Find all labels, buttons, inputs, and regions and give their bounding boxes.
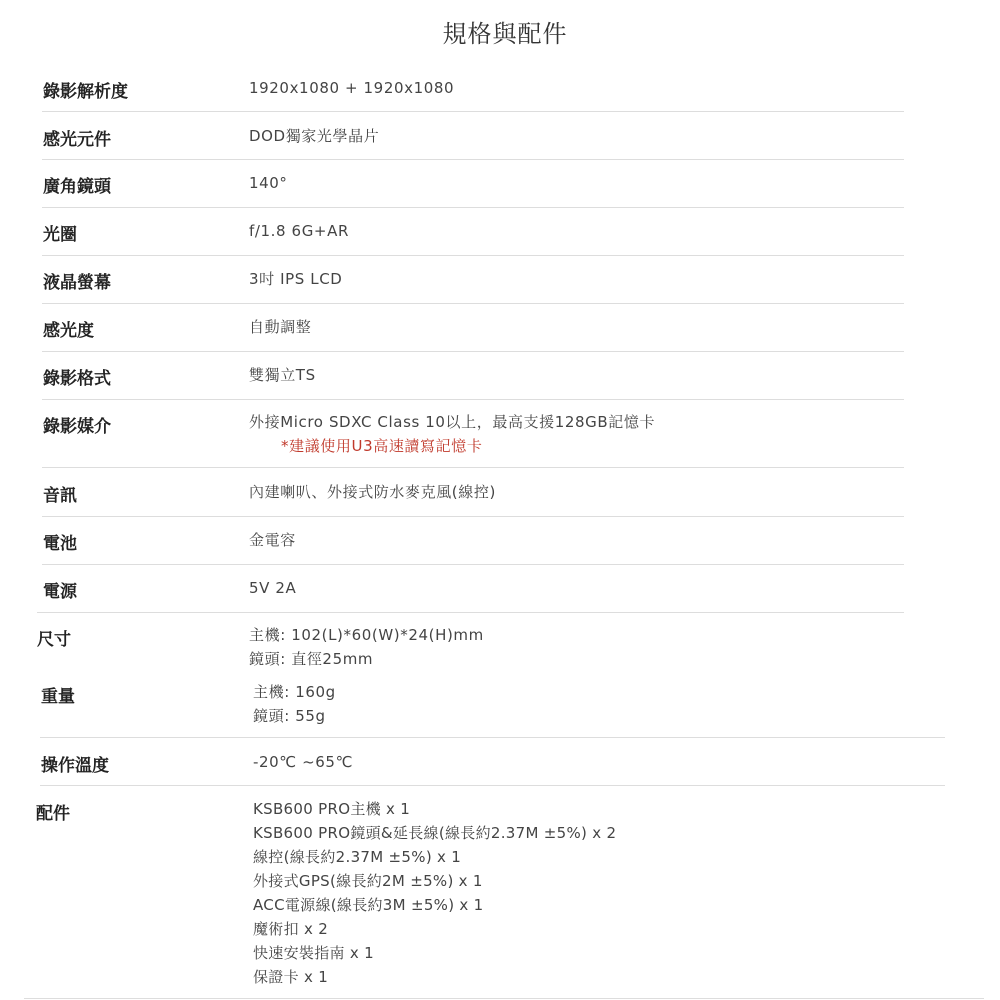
spec-value-media: 外接Micro SDXC Class 10以上，最高支援128GB記憶卡 *建議… xyxy=(249,410,655,458)
spec-value-power: 5V 2A xyxy=(249,576,296,600)
accessory-item: 外接式GPS(線長約2M ±5%) x 1 xyxy=(253,869,616,893)
spec-note-media: *建議使用U3高速讀寫記憶卡 xyxy=(249,434,655,458)
spec-value-audio: 內建喇叭、外接式防水麥克風(線控) xyxy=(249,480,496,504)
spec-value-resolution: 1920x1080 + 1920x1080 xyxy=(249,76,454,100)
spec-label-media: 錄影媒介 xyxy=(43,412,111,437)
accessory-item: 保證卡 x 1 xyxy=(253,965,616,989)
spec-label-temperature: 操作溫度 xyxy=(41,751,109,776)
spec-label-aperture: 光圈 xyxy=(43,220,77,245)
divider xyxy=(37,612,904,613)
spec-value-sensor: DOD獨家光學晶片 xyxy=(249,124,379,148)
divider xyxy=(42,351,904,352)
spec-value-media-text: 外接Micro SDXC Class 10以上，最高支援128GB記憶卡 xyxy=(249,410,655,434)
accessory-item: KSB600 PRO主機 x 1 xyxy=(253,797,616,821)
accessory-item: 快速安裝指南 x 1 xyxy=(253,941,616,965)
accessory-item: ACC電源線(線長約3M ±5%) x 1 xyxy=(253,893,616,917)
spec-label-resolution: 錄影解析度 xyxy=(43,77,128,102)
divider xyxy=(42,303,904,304)
spec-value-accessories: KSB600 PRO主機 x 1 KSB600 PRO鏡頭&延長線(線長約2.3… xyxy=(253,797,616,989)
accessory-item: 線控(線長約2.37M ±5%) x 1 xyxy=(253,845,616,869)
divider xyxy=(40,785,945,786)
spec-value-wide-angle: 140° xyxy=(249,171,288,195)
spec-value-weight-lens: 鏡頭: 55g xyxy=(253,704,336,728)
spec-value-temperature: -20℃ ~65℃ xyxy=(253,750,353,774)
spec-label-lcd: 液晶螢幕 xyxy=(43,268,111,293)
divider xyxy=(24,998,984,999)
page-title: 規格與配件 xyxy=(0,14,1000,49)
spec-value-weight: 主機: 160g 鏡頭: 55g xyxy=(253,680,336,728)
spec-value-aperture: f/1.8 6G+AR xyxy=(249,219,349,243)
spec-value-dimensions-lens: 鏡頭: 直徑25mm xyxy=(249,647,484,671)
spec-label-format: 錄影格式 xyxy=(43,364,111,389)
divider xyxy=(42,111,904,112)
divider xyxy=(42,467,904,468)
spec-value-dimensions-body: 主機: 102(L)*60(W)*24(H)mm xyxy=(249,623,484,647)
divider xyxy=(42,207,904,208)
spec-label-power: 電源 xyxy=(43,577,77,602)
spec-label-battery: 電池 xyxy=(43,529,77,554)
spec-value-dimensions: 主機: 102(L)*60(W)*24(H)mm 鏡頭: 直徑25mm xyxy=(249,623,484,671)
divider xyxy=(42,255,904,256)
spec-label-weight: 重量 xyxy=(41,682,75,707)
accessory-item: 魔術扣 x 2 xyxy=(253,917,616,941)
divider xyxy=(42,516,904,517)
accessory-item: KSB600 PRO鏡頭&延長線(線長約2.37M ±5%) x 2 xyxy=(253,821,616,845)
spec-label-accessories: 配件 xyxy=(36,799,70,824)
divider xyxy=(42,159,904,160)
divider xyxy=(40,737,945,738)
spec-label-iso: 感光度 xyxy=(43,316,94,341)
spec-value-format: 雙獨立TS xyxy=(249,363,316,387)
spec-value-iso: 自動調整 xyxy=(249,315,311,339)
spec-value-weight-body: 主機: 160g xyxy=(253,680,336,704)
divider xyxy=(42,399,904,400)
spec-label-dimensions: 尺寸 xyxy=(37,625,71,650)
spec-value-lcd: 3吋 IPS LCD xyxy=(249,267,342,291)
spec-label-audio: 音訊 xyxy=(43,481,77,506)
spec-label-sensor: 感光元件 xyxy=(43,125,111,150)
divider xyxy=(42,564,904,565)
spec-label-wide-angle: 廣角鏡頭 xyxy=(43,172,111,197)
spec-value-battery: 金電容 xyxy=(249,528,296,552)
